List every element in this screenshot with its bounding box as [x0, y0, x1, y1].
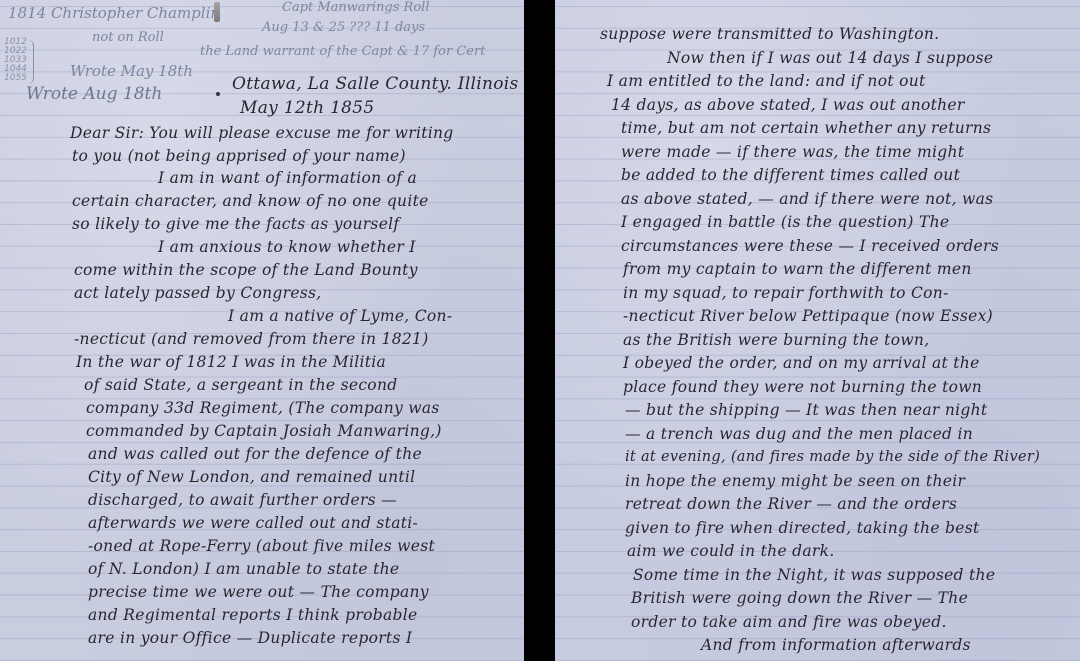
annotation-wrote-may: Wrote May 18th: [70, 62, 193, 80]
annotation-land-warrant: the Land warrant of the Capt & 17 for Ce…: [200, 44, 485, 59]
letter-line: so likely to give me the facts as yourse…: [72, 214, 399, 234]
letter-line: in hope the enemy might be seen on their: [625, 471, 965, 491]
letter-line: to you (not being apprised of your name): [72, 146, 406, 166]
letter-line: — but the shipping — It was then near ni…: [625, 400, 987, 420]
letter-line: 14 days, as above stated, I was out anot…: [611, 95, 965, 115]
letter-line: it at evening, (and fires made by the si…: [625, 447, 1040, 467]
letter-line: -oned at Rope-Ferry (about five miles we…: [88, 536, 435, 556]
letter-line: as the British were burning the town,: [623, 330, 929, 350]
letter-line: British were going down the River — The: [631, 588, 968, 608]
letter-line: afterwards we were called out and stati-: [88, 513, 418, 533]
annotation-name: 1814 Christopher Champlin: [8, 4, 220, 22]
letter-page-right: suppose were transmitted to Washington. …: [555, 0, 1080, 661]
letter-line: act lately passed by Congress,: [74, 283, 322, 303]
letter-place: Ottawa, La Salle County. Illinois: [232, 74, 519, 94]
letter-line: and Regimental reports I think probable: [88, 605, 417, 625]
letter-line: In the war of 1812 I was in the Militia: [76, 352, 386, 372]
letter-line: precise time we were out — The company: [88, 582, 429, 602]
letter-line: commanded by Captain Josiah Manwaring,): [86, 421, 442, 441]
letter-line: circumstances were these — I received or…: [621, 236, 999, 256]
page-divider: [524, 0, 555, 661]
letter-line: discharged, to await further orders —: [88, 490, 397, 510]
letter-line: of said State, a sergeant in the second: [84, 375, 397, 395]
letter-line: I engaged in battle (is the question) Th…: [621, 212, 949, 232]
letter-line: time, but am not certain whether any ret…: [621, 118, 991, 138]
letter-line: — a trench was dug and the men placed in: [625, 424, 973, 444]
letter-line: City of New London, and remained until: [88, 467, 415, 487]
letter-line: I am anxious to know whether I: [158, 237, 416, 257]
letter-line: -necticut (and removed from there in 182…: [74, 329, 429, 349]
letter-line: are in your Office — Duplicate reports I: [88, 628, 412, 648]
letter-line: were made — if there was, the time might: [621, 142, 964, 162]
letter-line: I obeyed the order, and on my arrival at…: [623, 353, 980, 373]
letter-line: as above stated, — and if there were not…: [621, 189, 993, 209]
letter-line: I am in want of information of a: [158, 168, 417, 188]
ink-dot: [216, 92, 220, 96]
letter-line: in my squad, to repair forthwith to Con-: [623, 283, 949, 303]
annotation-dates: Aug 13 & 25 ??? 11 days: [262, 20, 425, 35]
letter-line: come within the scope of the Land Bounty: [74, 260, 418, 280]
letter-line: company 33d Regiment, (The company was: [86, 398, 440, 418]
letter-line: and was called out for the defence of th…: [88, 444, 422, 464]
letter-line: Dear Sir: You will please excuse me for …: [70, 123, 454, 143]
letter-line: certain character, and know of no one qu…: [72, 191, 429, 211]
letter-page-left: 1814 Christopher Champlin not on Roll 10…: [0, 0, 524, 661]
letter-date: May 12th 1855: [240, 98, 375, 118]
letter-line: -necticut River below Pettipaque (now Es…: [623, 306, 993, 326]
annotation-number-column: 1012 1022 1033 1044 1055: [4, 38, 27, 83]
letter-line: I am entitled to the land: and if not ou…: [607, 71, 926, 91]
annotation-brace: [28, 40, 34, 84]
letter-line: Some time in the Night, it was supposed …: [633, 565, 995, 585]
letter-line: from my captain to warn the different me…: [623, 259, 972, 279]
letter-line: Now then if I was out 14 days I suppose: [667, 48, 993, 68]
letter-line: aim we could in the dark.: [627, 541, 835, 561]
letter-line: of N. London) I am unable to state the: [88, 559, 399, 579]
letter-line: And from information afterwards: [701, 635, 971, 655]
letter-line: I am a native of Lyme, Con-: [228, 306, 452, 326]
letter-line: suppose were transmitted to Washington.: [600, 24, 939, 44]
annotation-not-on-roll: not on Roll: [92, 30, 164, 45]
letter-line: be added to the different times called o…: [621, 165, 960, 185]
letter-line: retreat down the River — and the orders: [625, 494, 957, 514]
letter-line: given to fire when directed, taking the …: [625, 518, 980, 538]
letter-line: order to take aim and fire was obeyed.: [631, 612, 947, 632]
letter-line: place found they were not burning the to…: [623, 377, 982, 397]
annotation-wrote-aug: Wrote Aug 18th: [26, 84, 162, 104]
annotation-roll: Capt Manwarings Roll: [282, 0, 430, 15]
